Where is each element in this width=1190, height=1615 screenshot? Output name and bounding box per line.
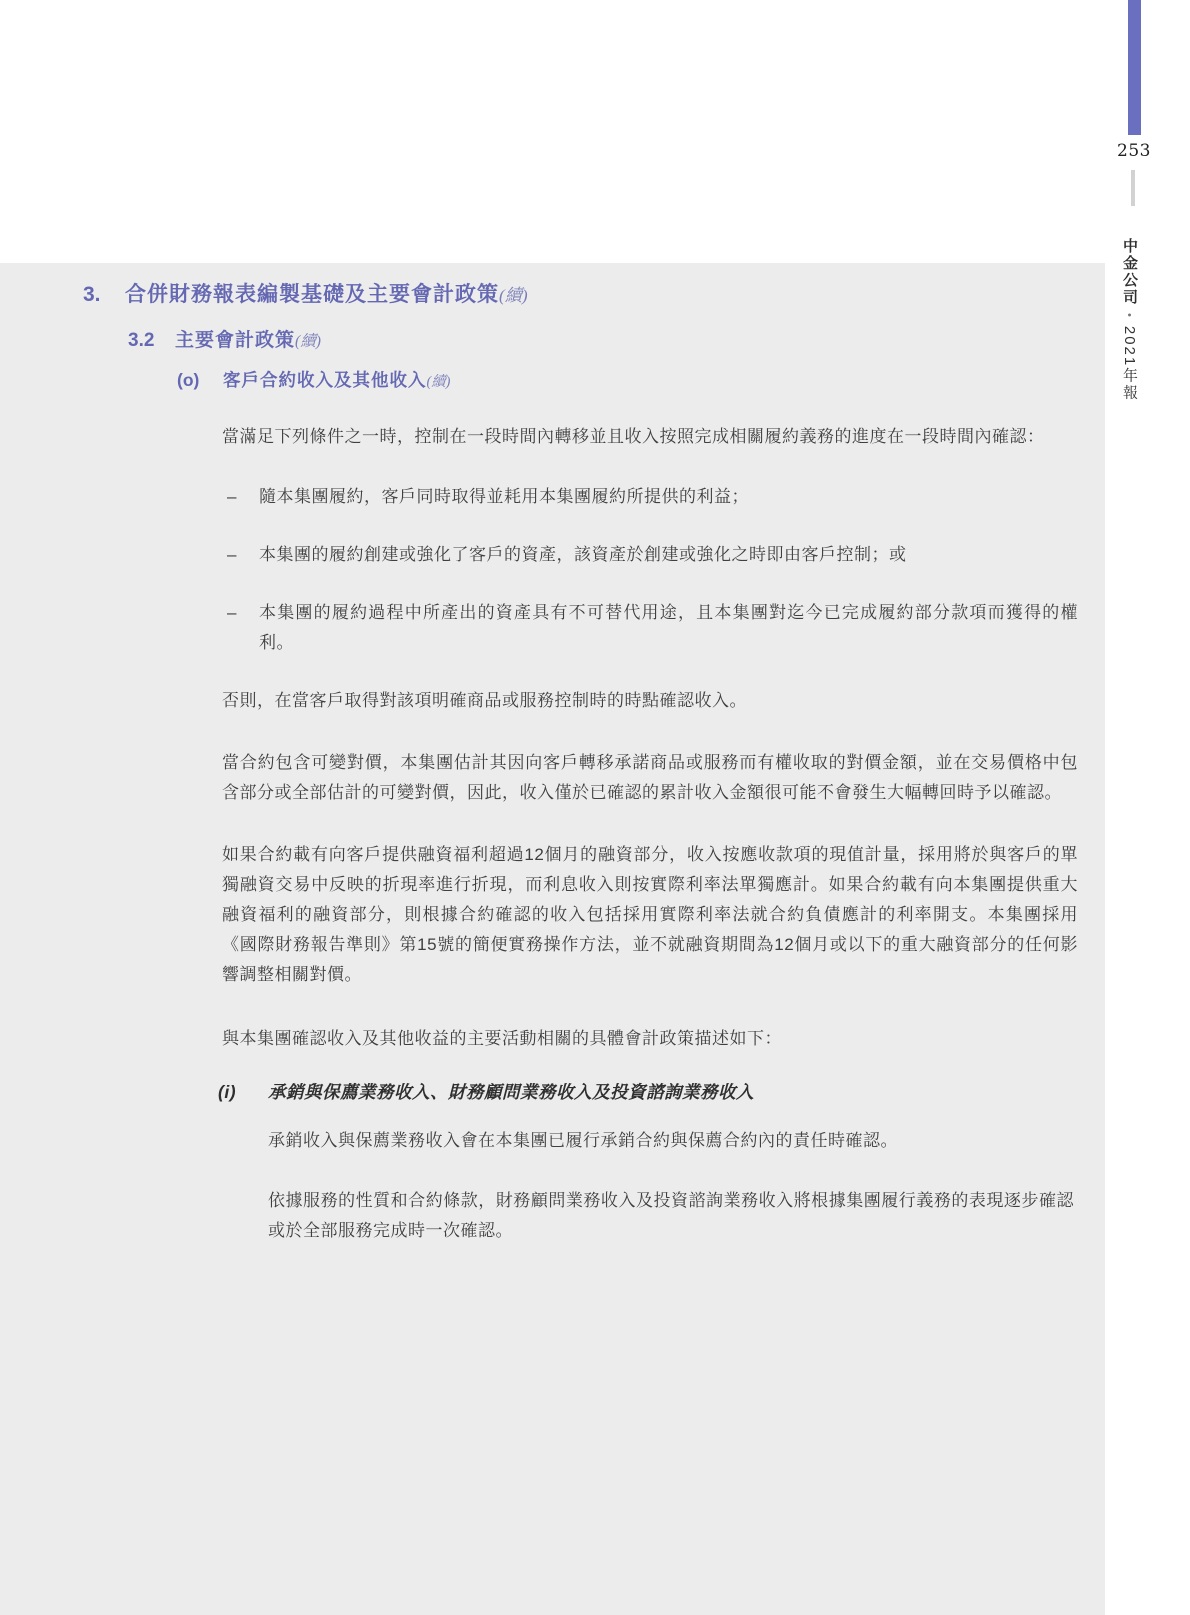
paragraph-policies-intro: 與本集團確認收入及其他收益的主要活動相關的具體會計政策描述如下： — [222, 1024, 1078, 1054]
item-o-heading: (o) 客戶合約收入及其他收入(續) — [177, 366, 1105, 396]
paragraph-financing: 如果合約載有向客戶提供融資福利超過12個月的融資部分，收入按應收款項的現值計量，… — [222, 840, 1078, 990]
page-number-tick — [1131, 170, 1135, 206]
subitem-i-title: 承銷與保薦業務收入、財務顧問業務收入及投資諮詢業務收入 — [268, 1078, 754, 1106]
subitem-i-heading: (i) 承銷與保薦業務收入、財務顧問業務收入及投資諮詢業務收入 — [218, 1078, 1078, 1106]
dash-icon: – — [222, 482, 259, 512]
subsection-heading: 3.2 主要會計政策(續) — [128, 327, 1105, 356]
list-item-text: 本集團的履約創建或強化了客戶的資產，該資產於創建或強化之時即由客戶控制；或 — [259, 540, 1078, 570]
subsection-number: 3.2 — [128, 327, 175, 355]
sidebar-vertical-caption: 中金公司•2021年報 — [1118, 238, 1140, 538]
paragraph-intro: 當滿足下列條件之一時，控制在一段時間內轉移並且收入按照完成相關履約義務的進度在一… — [222, 422, 1078, 452]
list-item: – 隨本集團履約，客戶同時取得並耗用本集團履約所提供的利益； — [222, 482, 1078, 512]
subitem-i-section: (i) 承銷與保薦業務收入、財務顧問業務收入及投資諮詢業務收入 承銷收入與保薦業… — [218, 1078, 1078, 1246]
item-o-title: 客戶合約收入及其他收入(續) — [223, 366, 450, 396]
report-year: 2021年報 — [1121, 326, 1138, 401]
paragraph-otherwise: 否則，在當客戶取得對該項明確商品或服務控制時的時點確認收入。 — [222, 686, 1078, 716]
section-number: 3. — [83, 280, 125, 310]
dash-icon: – — [222, 598, 259, 658]
item-o-label: (o) — [177, 366, 223, 394]
continued-marker: (續) — [295, 333, 321, 350]
subitem-i-paragraph-2: 依據服務的性質和合約條款，財務顧問業務收入及投資諮詢業務收入將根據集團履行義務的… — [268, 1186, 1074, 1246]
list-item-text: 隨本集團履約，客戶同時取得並耗用本集團履約所提供的利益； — [259, 482, 1078, 512]
page-number: 253 — [1108, 141, 1160, 161]
section-title: 合併財務報表編製基礎及主要會計政策(續) — [125, 280, 528, 311]
dash-icon: – — [222, 540, 259, 570]
separator-dot-icon: • — [1123, 306, 1135, 326]
list-item: – 本集團的履約過程中所產出的資產具有不可替代用途，且本集團對迄今已完成履約部分… — [222, 598, 1078, 658]
continued-marker: (續) — [427, 374, 451, 390]
company-name: 中金公司 — [1121, 238, 1138, 306]
continued-marker: (續) — [499, 286, 528, 305]
list-item: – 本集團的履約創建或強化了客戶的資產，該資產於創建或強化之時即由客戶控制；或 — [222, 540, 1078, 570]
subitem-i-label: (i) — [218, 1078, 268, 1106]
subitem-i-paragraph-1: 承銷收入與保薦業務收入會在本集團已履行承銷合約與保薦合約內的責任時確認。 — [268, 1126, 1074, 1156]
content-panel: 3. 合併財務報表編製基礎及主要會計政策(續) 3.2 主要會計政策(續) (o… — [0, 263, 1105, 1615]
list-item-text: 本集團的履約過程中所產出的資產具有不可替代用途，且本集團對迄今已完成履約部分款項… — [259, 598, 1078, 658]
accent-bar — [1128, 0, 1141, 135]
section-heading: 3. 合併財務報表編製基礎及主要會計政策(續) — [83, 280, 1105, 311]
paragraph-variable-consideration: 當合約包含可變對價，本集團估計其因向客戶轉移承諾商品或服務而有權收取的對價金額，… — [222, 748, 1078, 808]
subsection-title: 主要會計政策(續) — [175, 327, 321, 356]
